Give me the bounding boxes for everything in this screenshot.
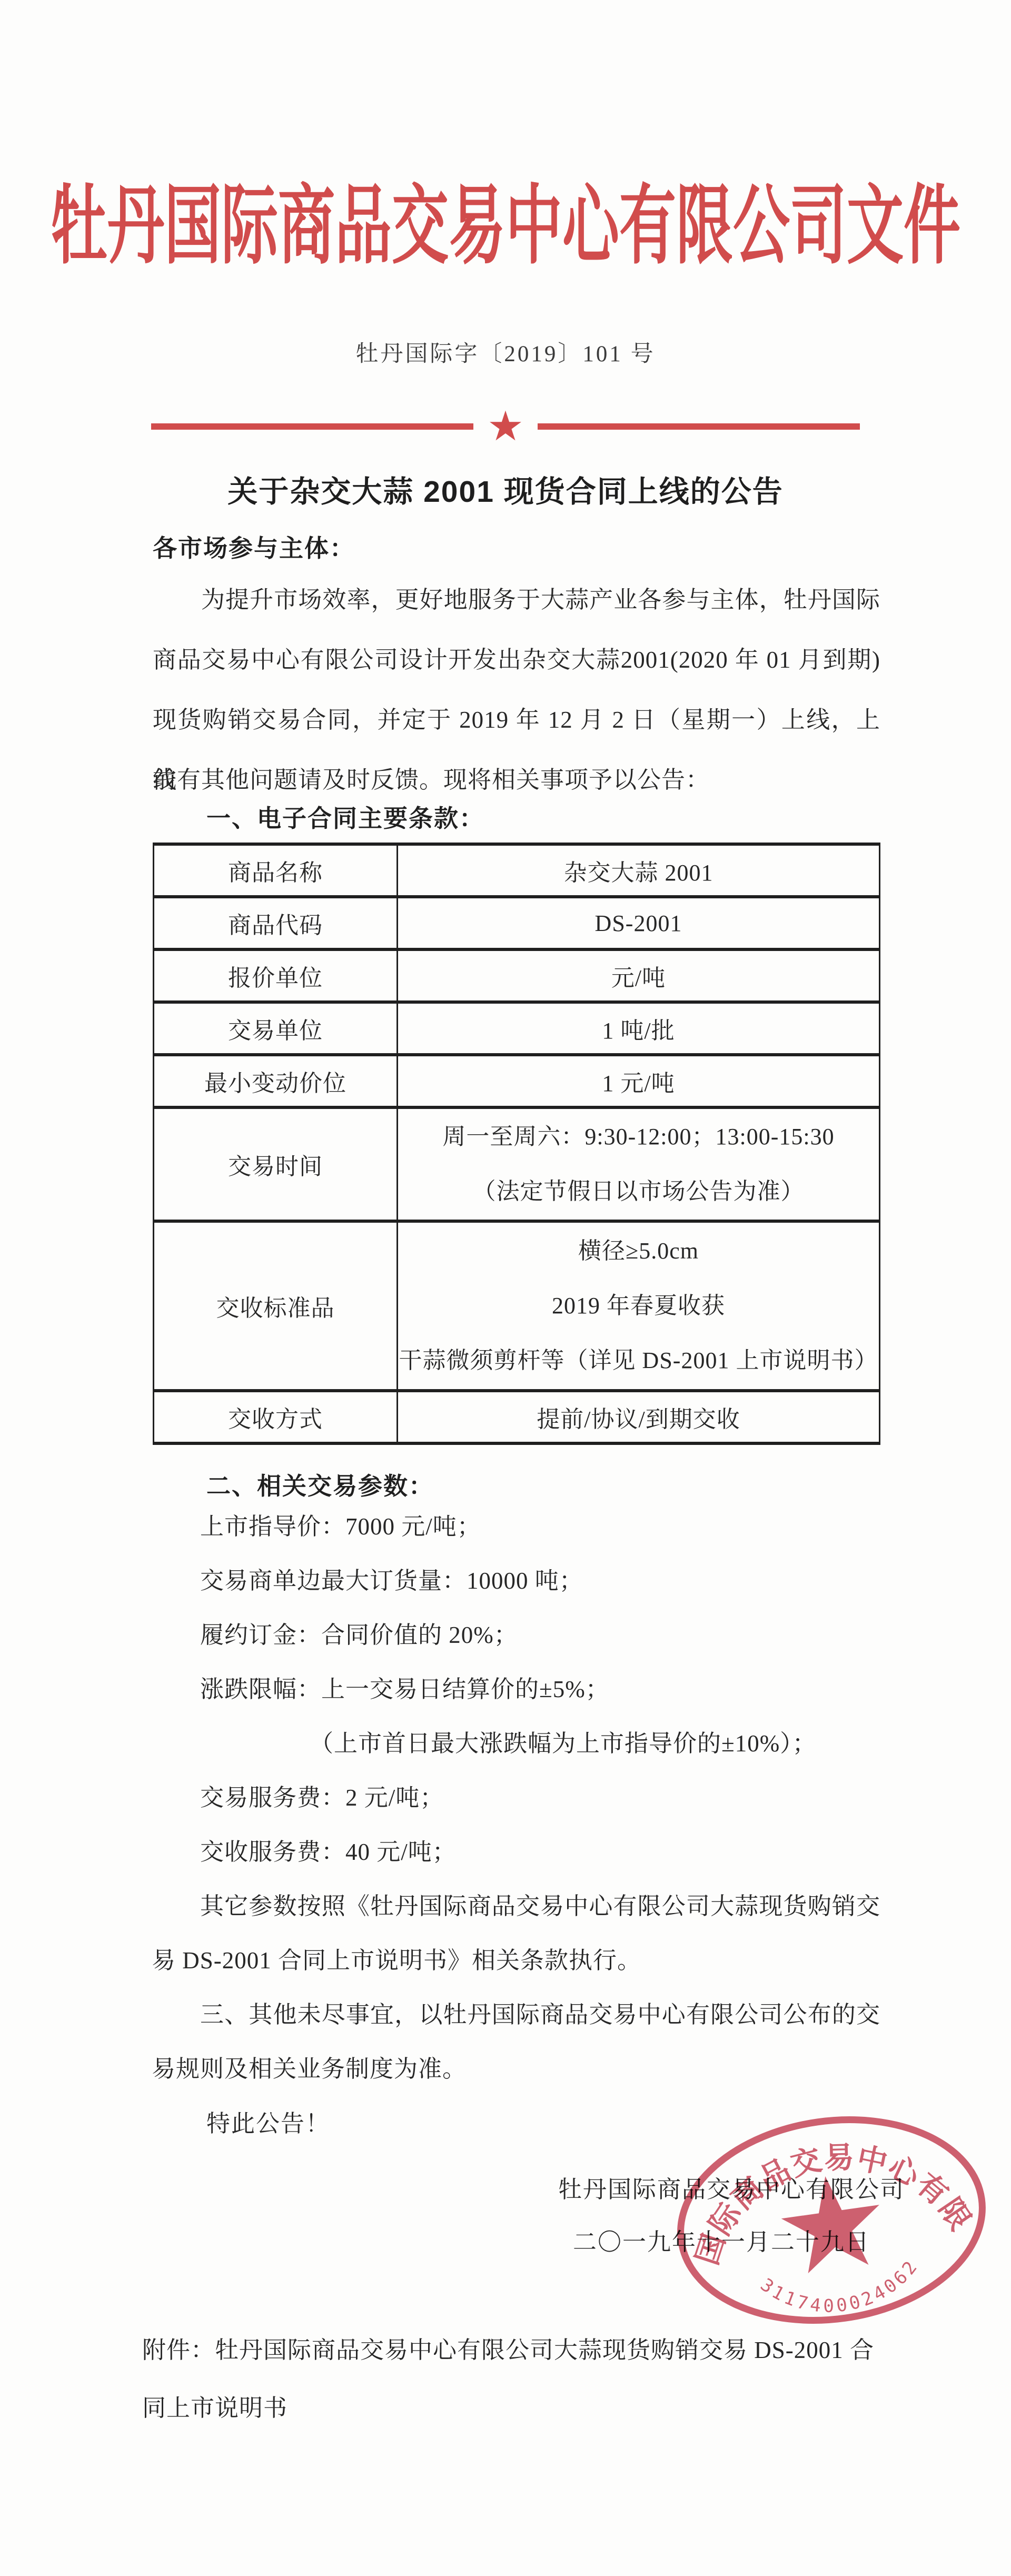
row-label: 交收标准品 xyxy=(154,1221,398,1391)
row-label: 交易单位 xyxy=(154,1002,398,1055)
salutation: 各市场参与主体： xyxy=(153,529,355,564)
param-line: 上市指导价：7000 元/吨； xyxy=(152,1500,880,1554)
value-line: 横径≥5.0cm xyxy=(399,1224,878,1279)
closing-statement: 特此公告！ xyxy=(206,2097,330,2151)
intro-line: 为提升市场效率，更好地服务于大蒜产业各参与主体，牡丹国际 xyxy=(153,570,880,630)
value-line: 2019 年春夏收获 xyxy=(399,1279,878,1333)
letterhead-title: 牡丹国际商品交易中心有限公司文件 xyxy=(0,163,1011,291)
table-row: 商品代码 DS-2001 xyxy=(154,897,880,949)
row-label: 商品代码 xyxy=(154,897,398,949)
divider-line-left xyxy=(151,423,473,430)
signature-date: 二〇一九年十一月二十九日 xyxy=(0,2216,1011,2268)
param-line: 易 DS-2001 合同上市说明书》相关条款执行。 xyxy=(152,1934,880,1988)
value-line: 周一至周六：9:30-12:00；13:00-15:30 xyxy=(399,1109,878,1164)
param-line: 涨跌限幅：上一交易日结算价的±5%； xyxy=(152,1662,880,1717)
param-line: 交易服务费：2 元/吨； xyxy=(152,1771,880,1825)
document-number: 牡丹国际字〔2019〕101 号 xyxy=(0,336,1011,368)
table-row: 商品名称 杂交大蒜 2001 xyxy=(154,844,880,897)
row-label: 报价单位 xyxy=(154,949,398,1002)
row-value: 横径≥5.0cm 2019 年春夏收获 干蒜微须剪杆等（详见 DS-2001 上… xyxy=(398,1221,880,1391)
section1-heading: 一、电子合同主要条款： xyxy=(206,799,484,834)
letterhead-divider: ★ xyxy=(0,404,1011,449)
value-line: （法定节假日以市场公告为准） xyxy=(399,1164,878,1219)
document-page: 牡丹国际商品交易中心有限公司文件 牡丹国际字〔2019〕101 号 ★ 关于杂交… xyxy=(0,0,1011,2576)
param-line: 交收服务费：40 元/吨； xyxy=(152,1825,880,1879)
table-row: 交易时间 周一至周六：9:30-12:00；13:00-15:30 （法定节假日… xyxy=(154,1107,880,1221)
contract-terms-table: 商品名称 杂交大蒜 2001 商品代码 DS-2001 报价单位 元/吨 交易单… xyxy=(153,843,880,1445)
announcement-title: 关于杂交大蒜 2001 现货合同上线的公告 xyxy=(0,468,1011,511)
table-row: 最小变动价位 1 元/吨 xyxy=(154,1055,880,1107)
value-line: 干蒜微须剪杆等（详见 DS-2001 上市说明书） xyxy=(399,1333,878,1388)
row-value: 提前/协议/到期交收 xyxy=(398,1391,880,1443)
table-row: 交收方式 提前/协议/到期交收 xyxy=(154,1391,880,1443)
attachment-note: 附件：牡丹国际商品交易中心有限公司大蒜现货购销交易 DS-2001 合 同上市说… xyxy=(142,2321,890,2437)
param-line: 履约订金：合同价值的 20%； xyxy=(152,1608,880,1662)
param-line: 其它参数按照《牡丹国际商品交易中心有限公司大蒜现货购销交 xyxy=(152,1879,880,1934)
table-row: 交易单位 1 吨/批 xyxy=(154,1002,880,1055)
row-value: DS-2001 xyxy=(398,897,880,949)
section2-heading: 二、相关交易参数： xyxy=(206,1467,434,1502)
row-label: 交收方式 xyxy=(154,1391,398,1443)
row-value: 周一至周六：9:30-12:00；13:00-15:30 （法定节假日以市场公告… xyxy=(398,1107,880,1221)
row-value: 1 吨/批 xyxy=(398,1002,880,1055)
section3-line: 易规则及相关业务制度为准。 xyxy=(152,2042,880,2096)
table-row: 报价单位 元/吨 xyxy=(154,949,880,1002)
parameters-block: 上市指导价：7000 元/吨； 交易商单边最大订货量：10000 吨； 履约订金… xyxy=(152,1500,880,2096)
row-label: 交易时间 xyxy=(154,1107,398,1221)
param-line: 交易商单边最大订货量：10000 吨； xyxy=(152,1554,880,1608)
row-value: 杂交大蒜 2001 xyxy=(398,844,880,897)
row-value: 1 元/吨 xyxy=(398,1055,880,1107)
star-icon: ★ xyxy=(487,404,524,449)
row-label: 最小变动价位 xyxy=(154,1055,398,1107)
row-label: 商品名称 xyxy=(154,844,398,897)
signature-block: 牡丹国际商品交易中心有限公司 二〇一九年十一月二十九日 xyxy=(0,2163,1011,2268)
signature-company: 牡丹国际商品交易中心有限公司 xyxy=(0,2163,1011,2216)
intro-line: 现货购销交易合同，并定于 2019 年 12 月 2 日（星期一）上线，上线 xyxy=(153,690,880,750)
attachment-line: 附件：牡丹国际商品交易中心有限公司大蒜现货购销交易 DS-2001 合 xyxy=(142,2321,890,2379)
divider-line-right xyxy=(538,423,860,430)
intro-paragraph: 为提升市场效率，更好地服务于大蒜产业各参与主体，牡丹国际 商品交易中心有限公司设… xyxy=(153,570,880,810)
attachment-line: 同上市说明书 xyxy=(142,2379,890,2437)
row-value: 元/吨 xyxy=(398,949,880,1002)
param-line: （上市首日最大涨跌幅为上市指导价的±10%）； xyxy=(152,1717,880,1771)
table-row: 交收标准品 横径≥5.0cm 2019 年春夏收获 干蒜微须剪杆等（详见 DS-… xyxy=(154,1221,880,1391)
section3-line: 三、其他未尽事宜，以牡丹国际商品交易中心有限公司公布的交 xyxy=(152,1988,880,2042)
intro-line: 商品交易中心有限公司设计开发出杂交大蒜2001(2020 年 01 月到期) xyxy=(153,630,880,690)
